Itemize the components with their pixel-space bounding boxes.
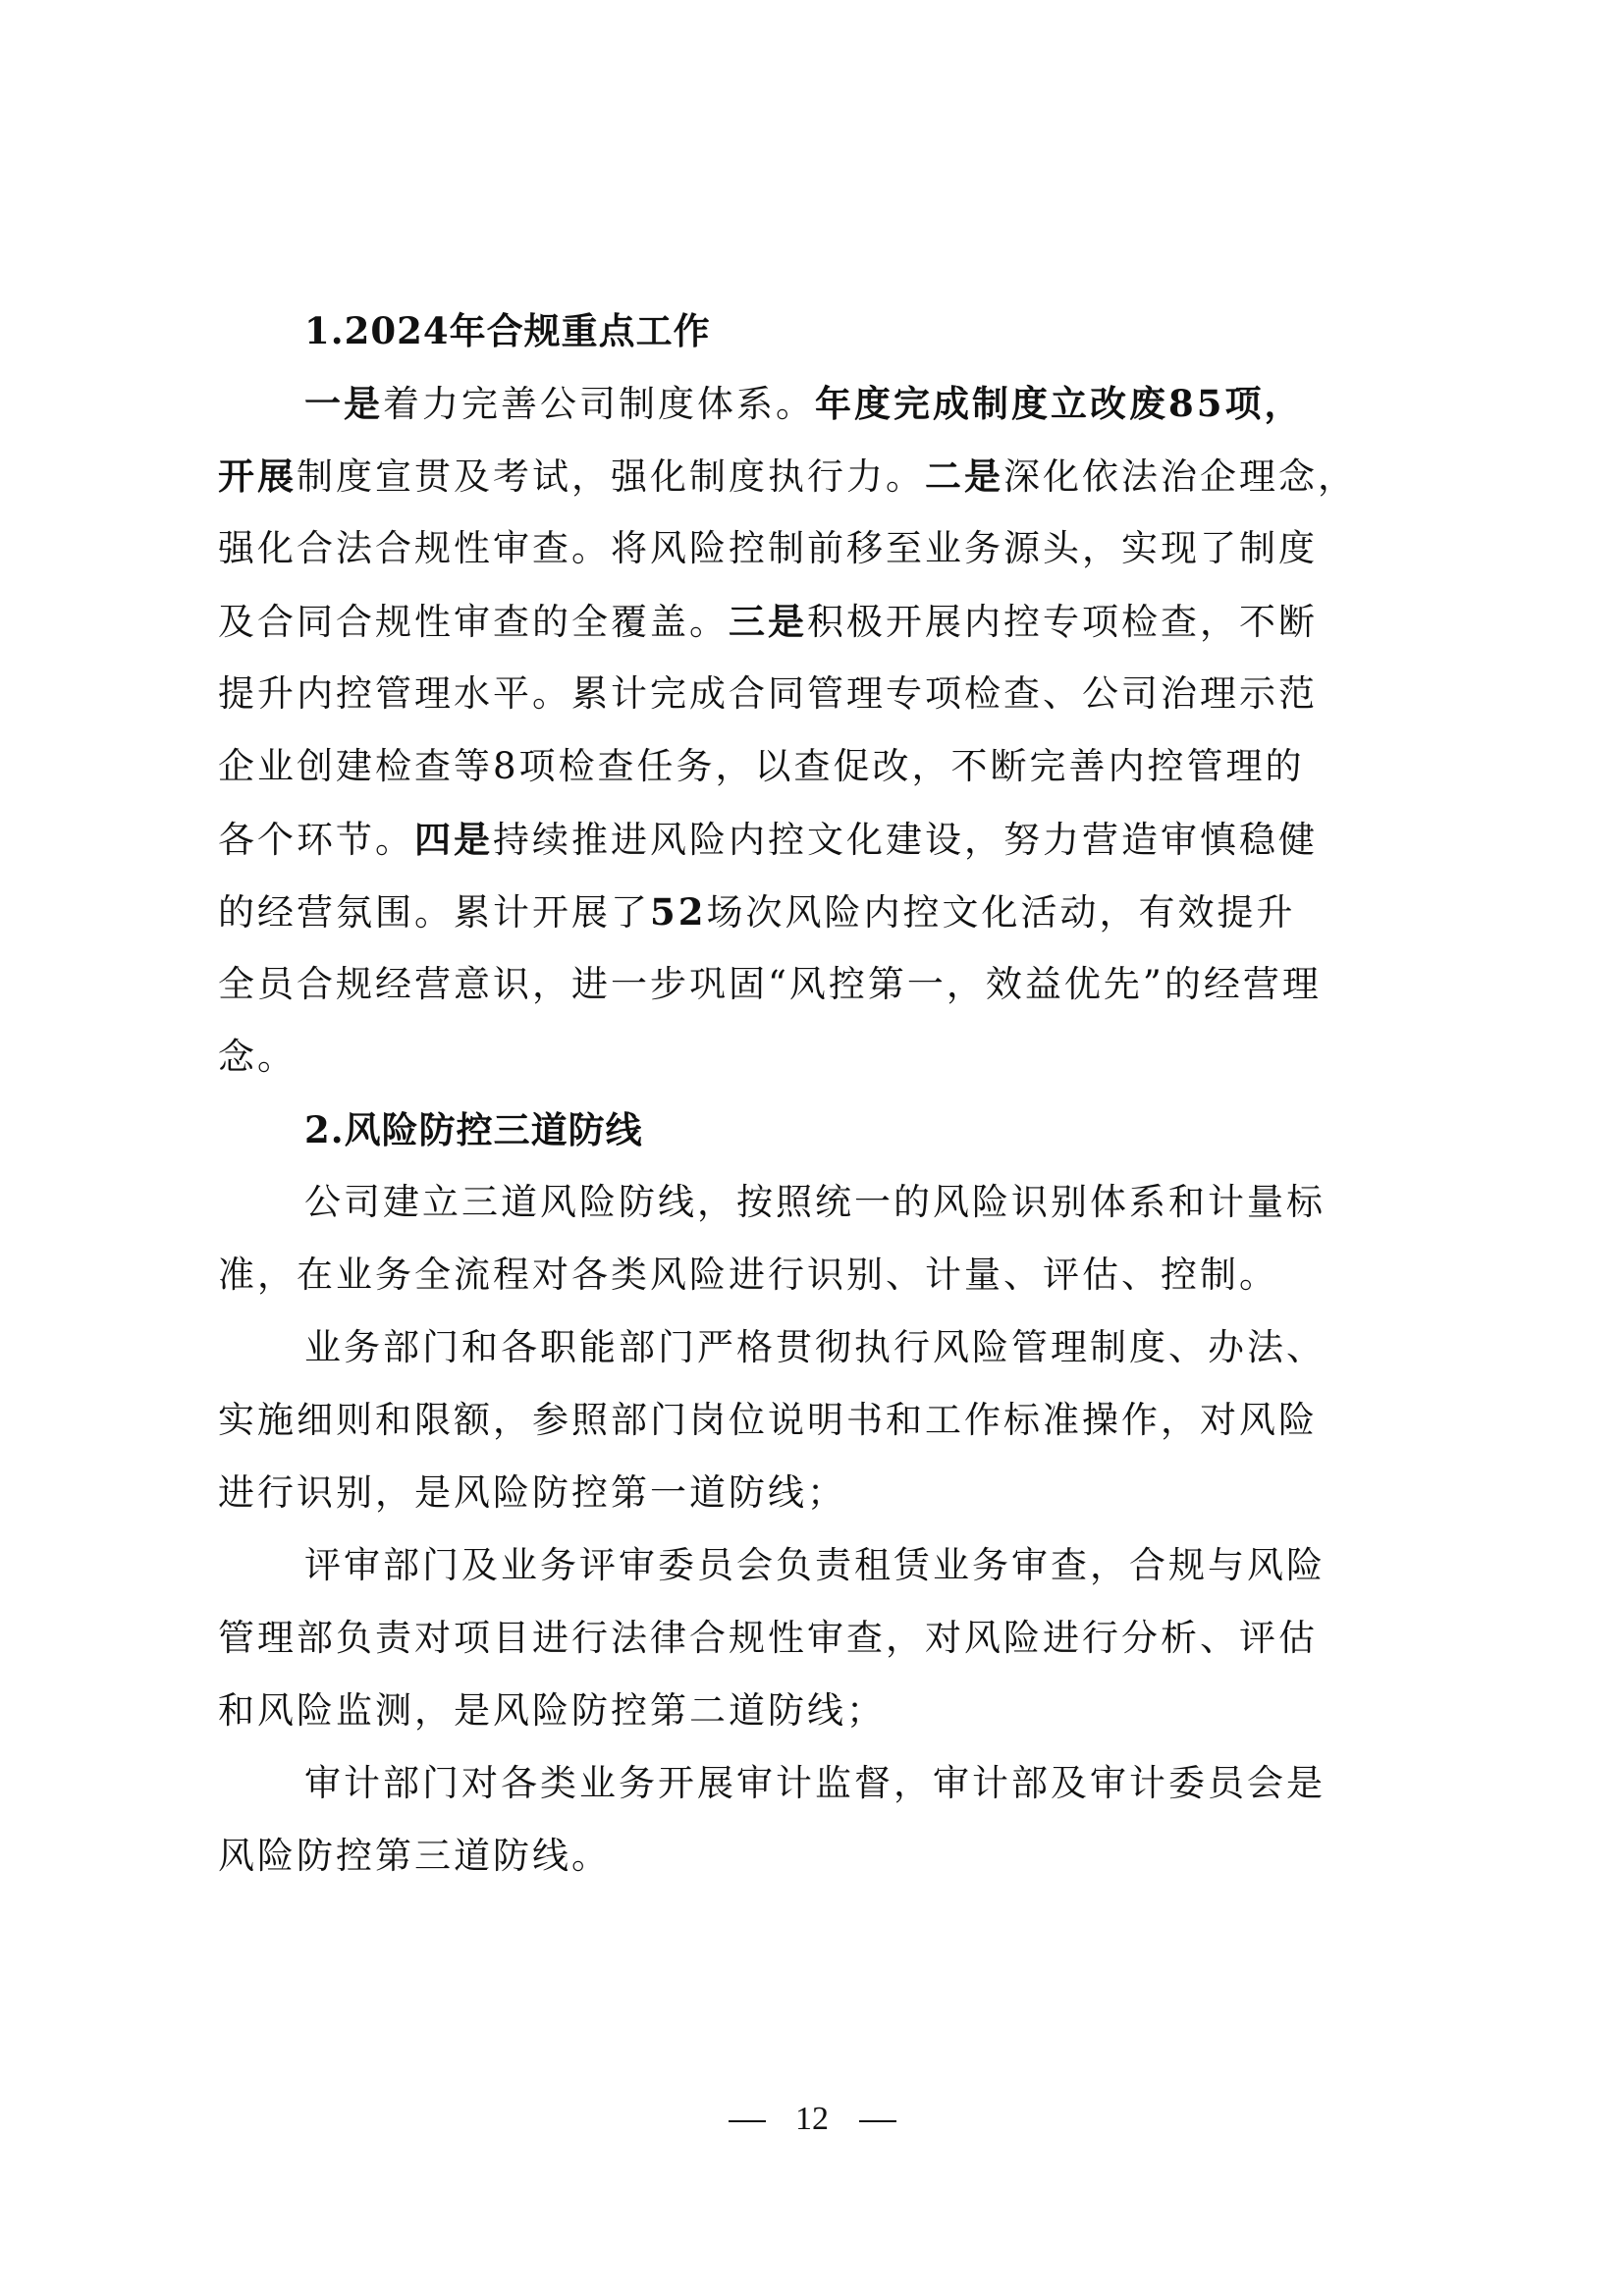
text-run: 和风险监测，是风险防控第二道防线；	[218, 1689, 886, 1732]
bold-run: 一是	[304, 382, 383, 425]
text-line: 的经营氛围。累计开展了52场次风险内控文化活动，有效提升	[218, 876, 1428, 948]
text-line: 公司建立三道风险防线，按照统一的风险识别体系和计量标	[218, 1166, 1428, 1239]
section-heading: 1.2024年合规重点工作	[218, 294, 1428, 367]
text-run: 深化依法治企理念，	[1003, 455, 1357, 498]
text-run: 念。	[218, 1036, 297, 1078]
page-footer: 12	[0, 2101, 1624, 2138]
text-run: 各个环节。	[218, 819, 414, 861]
section-1: 1.2024年合规重点工作一是着力完善公司制度体系。年度完成制度立改废85项，开…	[218, 294, 1428, 1094]
text-line: 进行识别，是风险防控第一道防线；	[218, 1457, 1428, 1529]
text-line: 各个环节。四是持续推进风险内控文化建设，努力营造审慎稳健	[218, 803, 1428, 876]
section-2: 2.风险防控三道防线公司建立三道风险防线，按照统一的风险识别体系和计量标准，在业…	[218, 1094, 1428, 1893]
bold-run: 四是	[414, 818, 493, 861]
text-run: 及合同合规性审查的全覆盖。	[218, 601, 729, 643]
bold-run: 二是	[925, 454, 1003, 498]
text-line: 实施细则和限额，参照部门岗位说明书和工作标准操作，对风险	[218, 1384, 1428, 1457]
text-run: 企业创建检查等8项检查任务，以查促改，不断完善内控管理的	[218, 745, 1305, 787]
text-line: 强化合法合规性审查。将风险控制前移至业务源头，实现了制度	[218, 512, 1428, 585]
paragraph: 业务部门和各职能部门严格贯彻执行风险管理制度、办法、实施细则和限额，参照部门岗位…	[218, 1311, 1428, 1529]
text-run: 积极开展内控专项检查，不断	[807, 601, 1318, 643]
footer-dash-left	[729, 2120, 766, 2122]
text-line: 风险防控第三道防线。	[218, 1820, 1428, 1893]
text-run: 公司建立三道风险防线，按照统一的风险识别体系和计量标	[304, 1181, 1326, 1223]
text-line: 一是着力完善公司制度体系。年度完成制度立改废85项，	[218, 367, 1428, 440]
text-run: 持续推进风险内控文化建设，努力营造审慎稳健	[493, 819, 1318, 861]
text-run: 风险防控第三道防线。	[218, 1835, 611, 1877]
text-line: 评审部门及业务评审委员会负责租赁业务审查，合规与风险	[218, 1529, 1428, 1602]
section-heading: 2.风险防控三道防线	[218, 1094, 1428, 1166]
footer-dash-right	[859, 2120, 896, 2122]
bold-run: 年度完成制度立改废85项，	[815, 382, 1304, 425]
paragraph: 审计部门对各类业务开展审计监督，审计部及审计委员会是风险防控第三道防线。	[218, 1747, 1428, 1893]
text-line: 念。	[218, 1021, 1428, 1094]
text-run: 评审部门及业务评审委员会负责租赁业务审查，合规与风险	[304, 1544, 1326, 1586]
paragraph: 公司建立三道风险防线，按照统一的风险识别体系和计量标准，在业务全流程对各类风险进…	[218, 1166, 1428, 1311]
text-line: 业务部门和各职能部门严格贯彻执行风险管理制度、办法、	[218, 1311, 1428, 1384]
text-line: 管理部负责对项目进行法律合规性审查，对风险进行分析、评估	[218, 1602, 1428, 1675]
text-run: 制度宣贯及考试，强化制度执行力。	[297, 455, 925, 498]
text-line: 和风险监测，是风险防控第二道防线；	[218, 1675, 1428, 1747]
bold-run: 三是	[729, 600, 807, 643]
text-run: 准，在业务全流程对各类风险进行识别、计量、评估、控制。	[218, 1254, 1278, 1296]
text-run: 进行识别，是风险防控第一道防线；	[218, 1471, 846, 1514]
text-line: 及合同合规性审查的全覆盖。三是积极开展内控专项检查，不断	[218, 585, 1428, 658]
paragraph: 评审部门及业务评审委员会负责租赁业务审查，合规与风险管理部负责对项目进行法律合规…	[218, 1529, 1428, 1747]
text-run: 管理部负责对项目进行法律合规性审查，对风险进行分析、评估	[218, 1617, 1318, 1659]
text-line: 企业创建检查等8项检查任务，以查促改，不断完善内控管理的	[218, 730, 1428, 803]
text-run: 提升内控管理水平。累计完成合同管理专项检查、公司治理示范	[218, 672, 1318, 715]
text-run: 全员合规经营意识，进一步巩固“风控第一，效益优先”的经营理	[218, 963, 1322, 1005]
page-number: 12	[795, 2101, 829, 2137]
text-line: 全员合规经营意识，进一步巩固“风控第一，效益优先”的经营理	[218, 948, 1428, 1021]
bold-run: 52	[650, 890, 707, 934]
paragraph: 一是着力完善公司制度体系。年度完成制度立改废85项，开展制度宣贯及考试，强化制度…	[218, 367, 1428, 1094]
text-run: 着力完善公司制度体系。	[383, 383, 815, 425]
document-body: 1.2024年合规重点工作一是着力完善公司制度体系。年度完成制度立改废85项，开…	[218, 294, 1428, 1893]
document-page: 1.2024年合规重点工作一是着力完善公司制度体系。年度完成制度立改废85项，开…	[218, 294, 1428, 1893]
text-run: 业务部门和各职能部门严格贯彻执行风险管理制度、办法、	[304, 1326, 1326, 1368]
text-line: 开展制度宣贯及考试，强化制度执行力。二是深化依法治企理念，	[218, 440, 1428, 512]
text-run: 审计部门对各类业务开展审计监督，审计部及审计委员会是	[304, 1762, 1326, 1804]
text-run: 的经营氛围。累计开展了	[218, 891, 650, 934]
text-run: 场次风险内控文化活动，有效提升	[707, 891, 1296, 934]
text-run: 实施细则和限额，参照部门岗位说明书和工作标准操作，对风险	[218, 1399, 1318, 1441]
text-line: 提升内控管理水平。累计完成合同管理专项检查、公司治理示范	[218, 658, 1428, 730]
bold-run: 开展	[218, 454, 297, 498]
text-line: 准，在业务全流程对各类风险进行识别、计量、评估、控制。	[218, 1239, 1428, 1311]
text-run: 强化合法合规性审查。将风险控制前移至业务源头，实现了制度	[218, 527, 1318, 569]
text-line: 审计部门对各类业务开展审计监督，审计部及审计委员会是	[218, 1747, 1428, 1820]
